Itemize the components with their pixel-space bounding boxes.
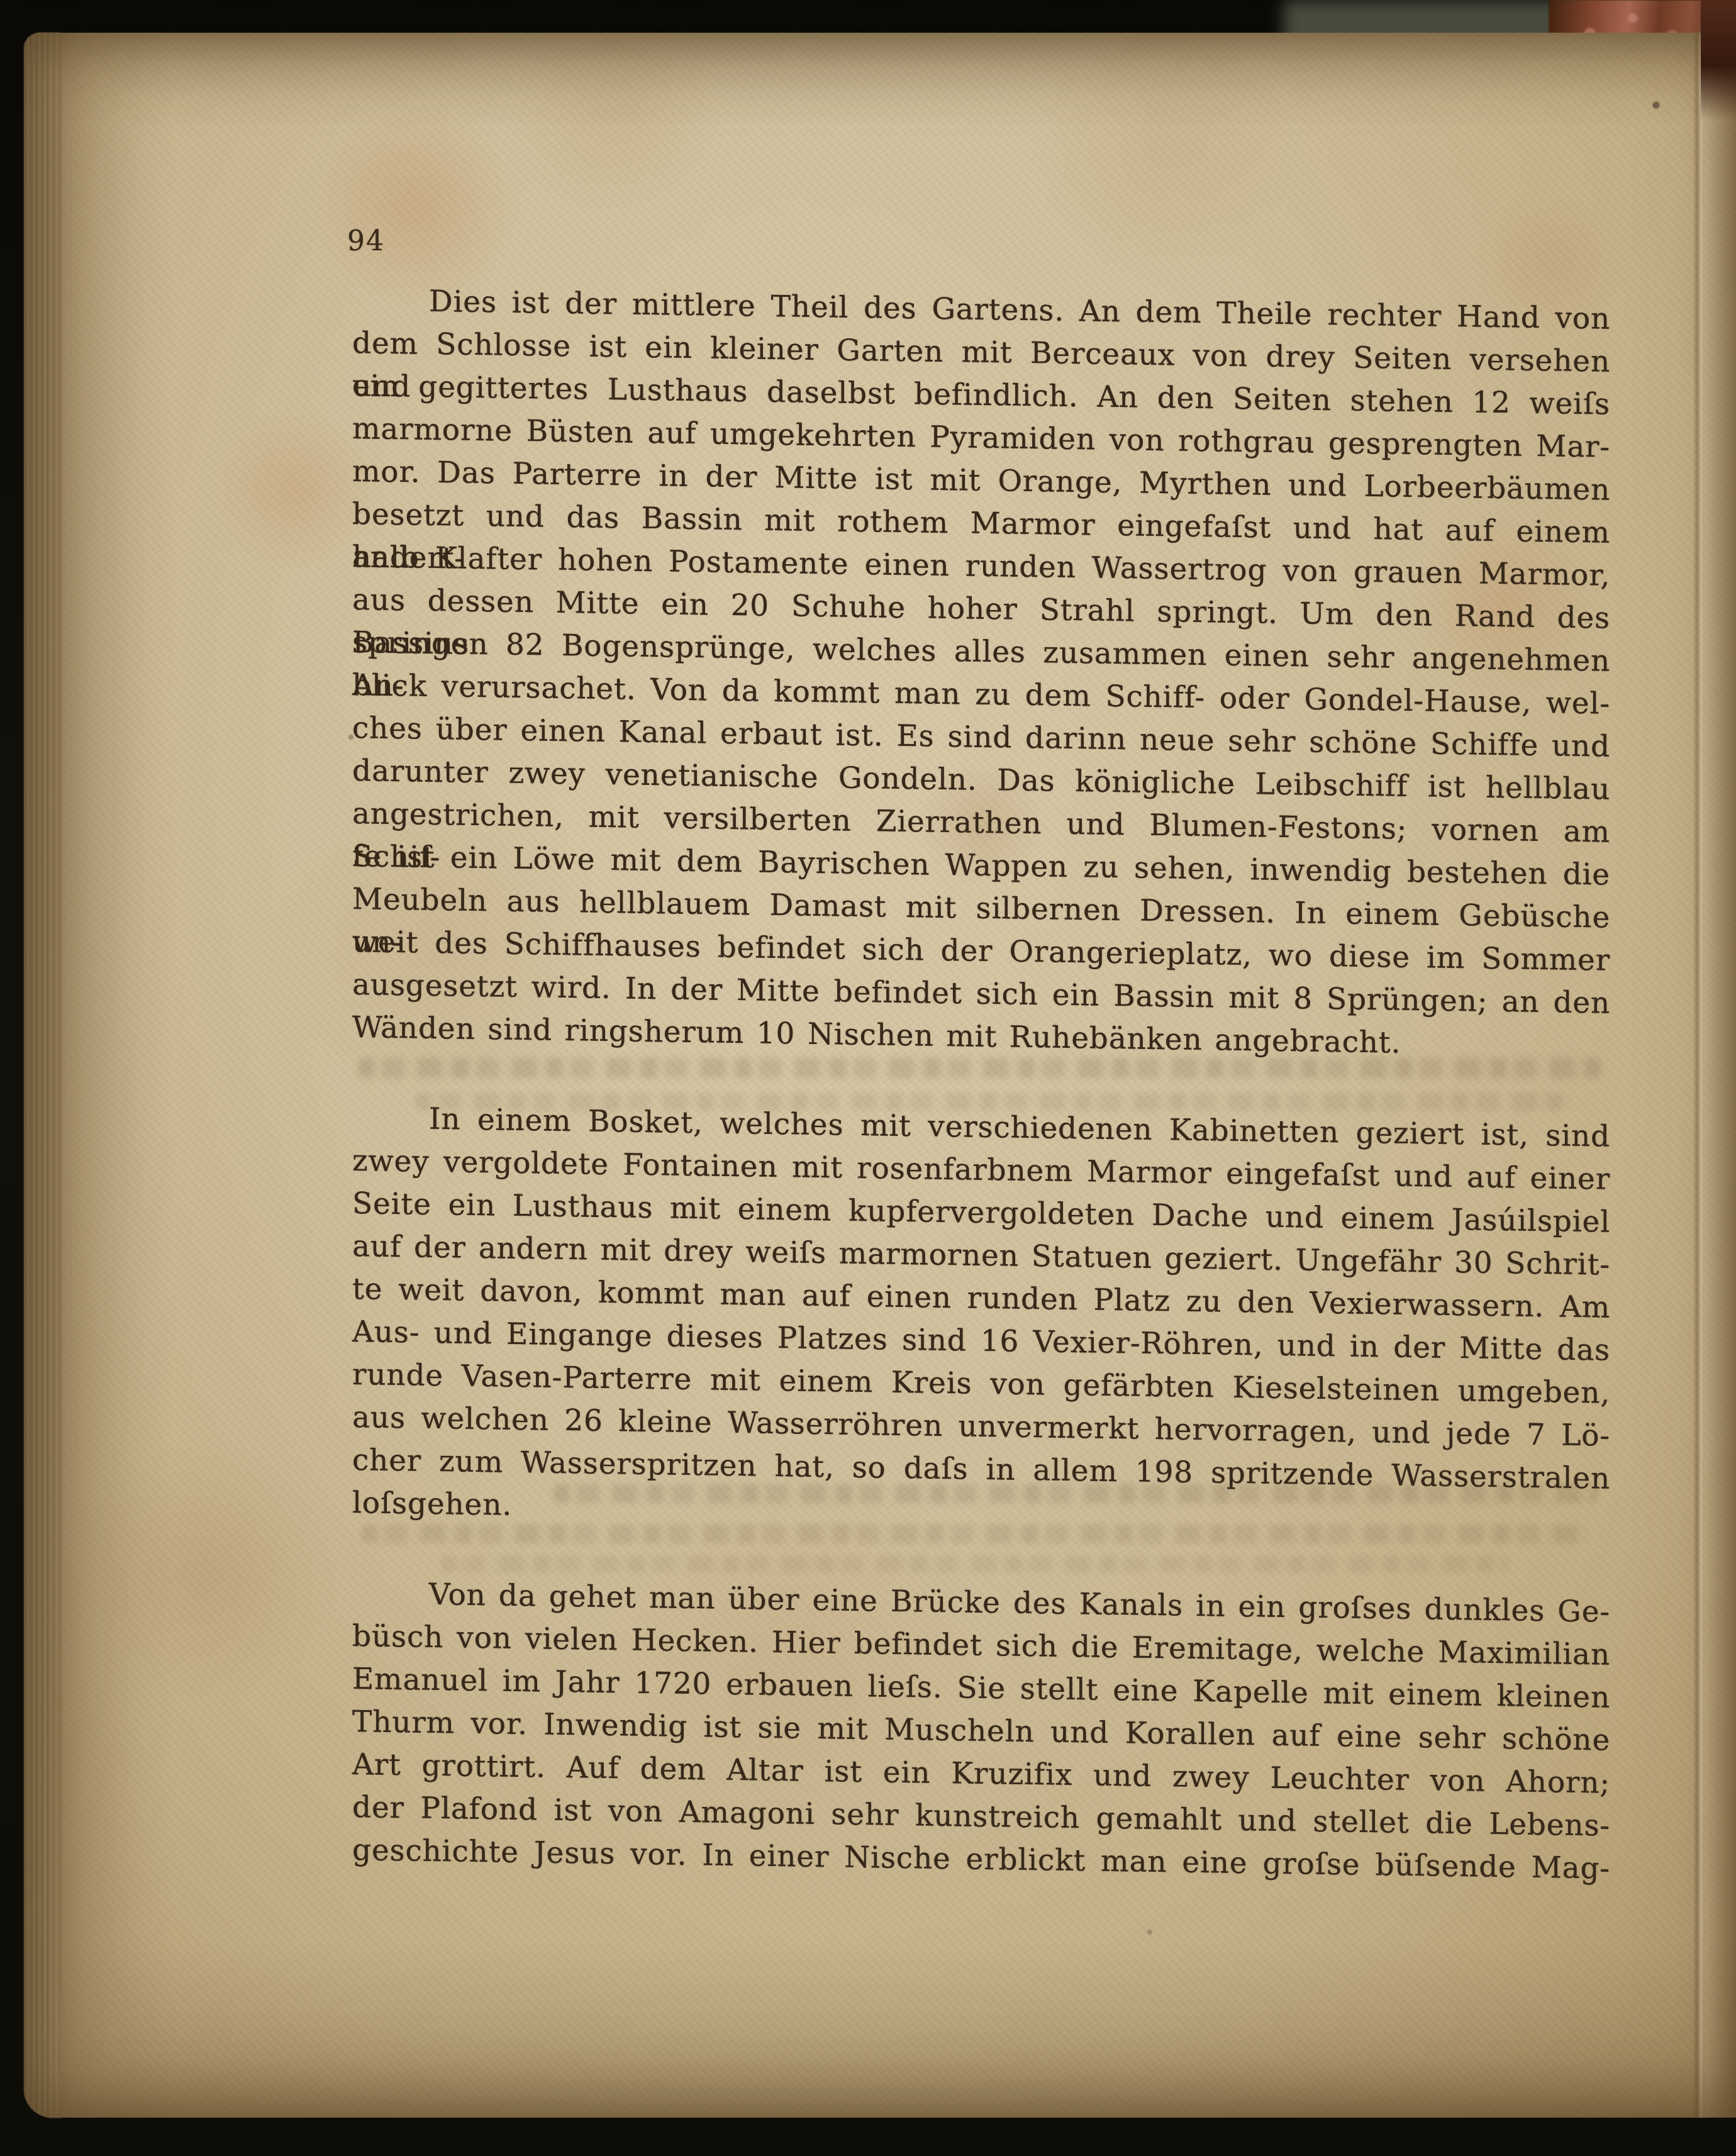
scanned-book-photo: 94 Dies ist der mittlere Theil des Garte… <box>0 0 1736 2156</box>
paragraph-bosket-fountains: In einem Bosket, welches mit verschieden… <box>352 1097 1610 1543</box>
page-text-block: Dies ist der mittlere Theil des Gartens.… <box>352 279 1610 1891</box>
page-fold-crease <box>1693 33 1705 2118</box>
book-page: 94 Dies ist der mittlere Theil des Garte… <box>24 33 1736 2118</box>
page-edge-fade <box>52 33 146 2118</box>
page-number: 94 <box>347 225 385 257</box>
adjacent-page-edge <box>1705 33 1736 2118</box>
paragraph-eremitage: Von da gehet man über eine Brücke des Ka… <box>352 1572 1610 1891</box>
paragraph-garden-middle: Dies ist der mittlere Theil des Gartens.… <box>352 279 1610 1068</box>
book-cover-right-edge <box>1701 0 1736 119</box>
